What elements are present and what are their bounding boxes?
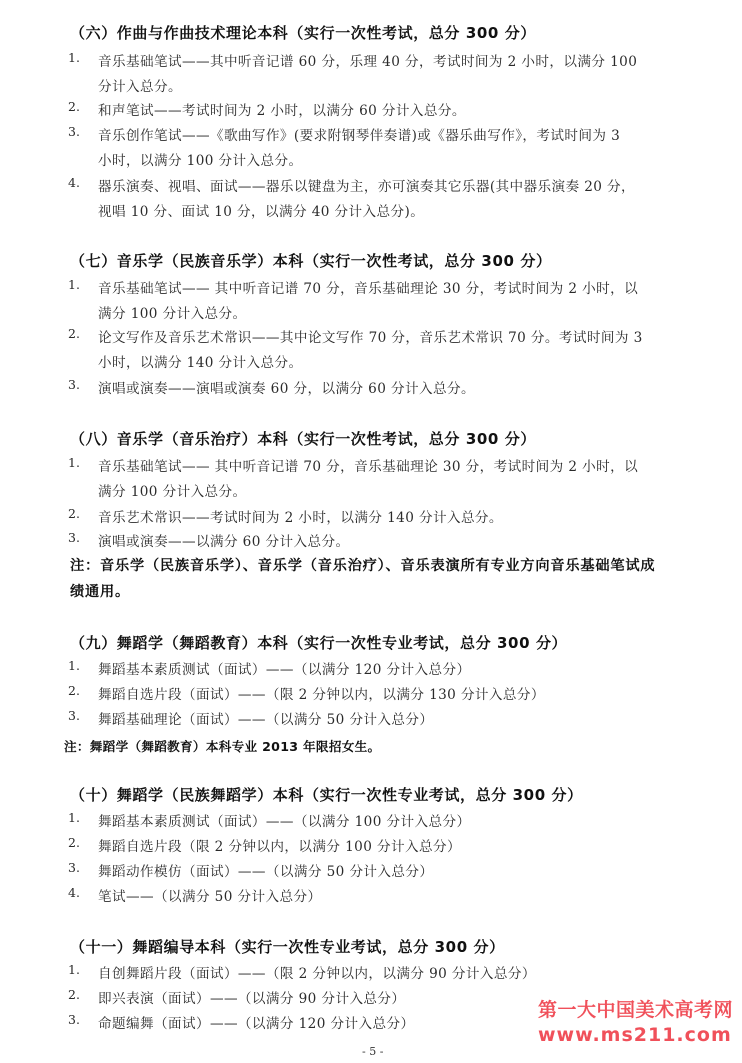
item-text: 自创舞蹈片段（面试）——（限 2 分钟以内，以满分 90 分计入总分） <box>98 962 536 982</box>
item-text: 命题编舞（面试）——（以满分 120 分计入总分） <box>98 1012 414 1032</box>
item-text: 论文写作及音乐艺术常识——其中论文写作 70 分，音乐艺术常识 70 分。考试时… <box>98 326 643 346</box>
item-number: 3. <box>68 124 96 139</box>
item-number: 2. <box>68 506 96 521</box>
watermark-site-name: 第一大中国美术高考网 <box>538 995 733 1022</box>
section-title-10: （十）舞蹈学（民族舞蹈学）本科（实行一次性专业考试，总分 300 分） <box>70 784 583 805</box>
item-text: 舞蹈自选片段（面试）——（限 2 分钟以内，以满分 130 分计入总分） <box>98 683 545 703</box>
item-text: 音乐基础笔试—— 其中听音记谱 70 分，音乐基础理论 30 分，考试时间为 2… <box>98 455 638 475</box>
item-number: 3. <box>68 530 96 545</box>
item-number: 4. <box>68 885 96 900</box>
section-title-11: （十一）舞蹈编导本科（实行一次性专业考试，总分 300 分） <box>70 936 505 957</box>
section-note: 注：舞蹈学（舞蹈教育）本科专业 2013 年限招女生。 <box>64 736 380 755</box>
watermark: 第一大中国美术高考网 www.ms211.com <box>538 995 733 1046</box>
item-number: 1. <box>68 658 96 673</box>
item-number: 2. <box>68 326 96 341</box>
item-text: 舞蹈基本素质测试（面试）——（以满分 100 分计入总分） <box>98 810 470 830</box>
item-text: 演唱或演奏——以满分 60 分计入总分。 <box>98 530 349 550</box>
item-text: 满分 100 分计入总分。 <box>98 302 247 322</box>
item-text: 音乐创作笔试——《歌曲写作》(要求附钢琴伴奏谱)或《器乐曲写作》，考试时间为 3 <box>98 124 620 144</box>
item-text: 音乐基础笔试——其中听音记谱 60 分，乐理 40 分，考试时间为 2 小时，以… <box>98 50 637 70</box>
item-number: 2. <box>68 987 96 1002</box>
item-number: 1. <box>68 50 96 65</box>
item-number: 1. <box>68 962 96 977</box>
section-title-8: （八）音乐学（音乐治疗）本科（实行一次性考试，总分 300 分） <box>70 428 536 449</box>
item-number: 2. <box>68 835 96 850</box>
item-text: 舞蹈基本素质测试（面试）——（以满分 120 分计入总分） <box>98 658 470 678</box>
document-page: （六）作曲与作曲技术理论本科（实行一次性考试，总分 300 分） 1. 音乐基础… <box>0 0 742 1063</box>
item-number: 3. <box>68 860 96 875</box>
watermark-url: www.ms211.com <box>538 1024 733 1046</box>
item-number: 4. <box>68 175 96 190</box>
item-text: 音乐基础笔试—— 其中听音记谱 70 分，音乐基础理论 30 分，考试时间为 2… <box>98 277 638 297</box>
item-text: 分计入总分。 <box>98 75 182 95</box>
item-number: 2. <box>68 99 96 114</box>
item-number: 1. <box>68 455 96 470</box>
page-number: - 5 - <box>362 1045 383 1058</box>
item-text: 舞蹈自选片段（限 2 分钟以内，以满分 100 分计入总分） <box>98 835 461 855</box>
item-text: 和声笔试——考试时间为 2 小时，以满分 60 分计入总分。 <box>98 99 466 119</box>
section-title-6: （六）作曲与作曲技术理论本科（实行一次性考试，总分 300 分） <box>70 22 536 43</box>
item-number: 1. <box>68 277 96 292</box>
item-text: 即兴表演（面试）——（以满分 90 分计入总分） <box>98 987 405 1007</box>
item-text: 视唱 10 分、面试 10 分，以满分 40 分计入总分)。 <box>98 200 424 220</box>
item-text: 笔试——（以满分 50 分计入总分） <box>98 885 321 905</box>
item-number: 3. <box>68 1012 96 1027</box>
item-text: 舞蹈动作模仿（面试）——（以满分 50 分计入总分） <box>98 860 433 880</box>
section-title-9: （九）舞蹈学（舞蹈教育）本科（实行一次性专业考试，总分 300 分） <box>70 632 567 653</box>
section-note: 绩通用。 <box>70 581 130 601</box>
item-text: 小时，以满分 100 分计入总分。 <box>98 149 303 169</box>
section-note: 注：音乐学（民族音乐学）、音乐学（音乐治疗）、音乐表演所有专业方向音乐基础笔试成 <box>70 555 655 575</box>
item-text: 器乐演奏、视唱、面试——器乐以键盘为主，亦可演奏其它乐器(其中器乐演奏 20 分… <box>98 175 635 195</box>
item-number: 3. <box>68 377 96 392</box>
item-text: 音乐艺术常识——考试时间为 2 小时，以满分 140 分计入总分。 <box>98 506 503 526</box>
item-number: 2. <box>68 683 96 698</box>
section-title-7: （七）音乐学（民族音乐学）本科（实行一次性考试，总分 300 分） <box>70 250 552 271</box>
item-text: 舞蹈基础理论（面试）——（以满分 50 分计入总分） <box>98 708 433 728</box>
item-text: 满分 100 分计入总分。 <box>98 480 247 500</box>
item-number: 1. <box>68 810 96 825</box>
item-number: 3. <box>68 708 96 723</box>
item-text: 小时，以满分 140 分计入总分。 <box>98 351 303 371</box>
item-text: 演唱或演奏——演唱或演奏 60 分，以满分 60 分计入总分。 <box>98 377 475 397</box>
